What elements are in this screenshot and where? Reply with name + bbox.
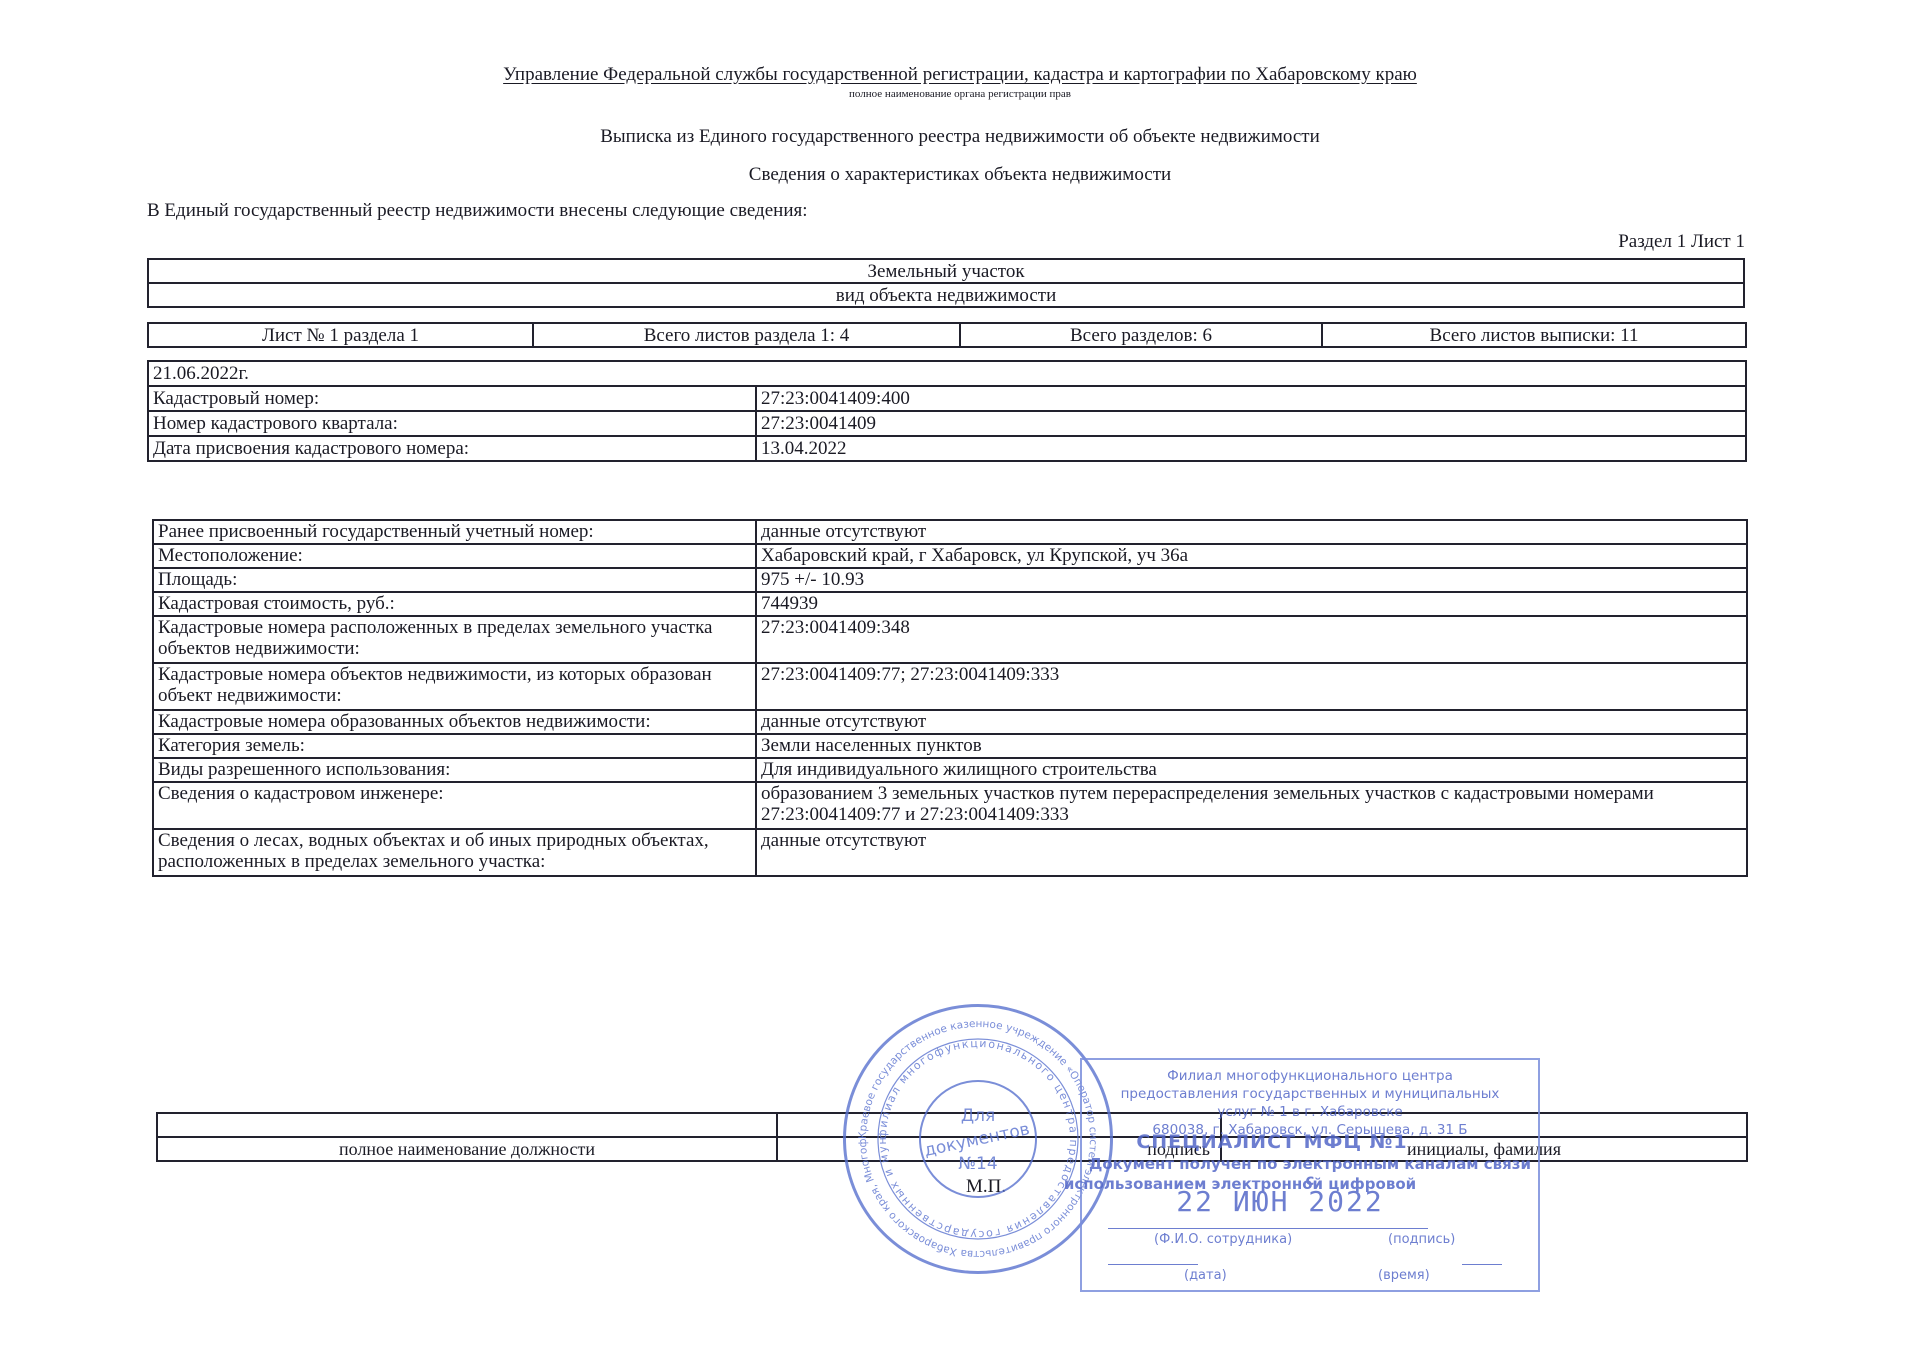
table-row: Ранее присвоенный государственный учетны… xyxy=(153,520,1747,544)
row-label: Кадастровая стоимость, руб.: xyxy=(153,592,756,616)
object-kind-table: Земельный участок вид объекта недвижимос… xyxy=(147,258,1745,308)
position-caption: полное наименование должности xyxy=(157,1137,777,1161)
stamp-line-2: предоставления государственных и муницип… xyxy=(1082,1086,1538,1102)
row-value: 27:23:0041409:77; 27:23:0041409:333 xyxy=(756,663,1747,710)
table-row: Кадастровые номера образованных объектов… xyxy=(153,710,1747,734)
row-value: 975 +/- 10.93 xyxy=(756,568,1747,592)
row-value: Для индивидуального жилищного строительс… xyxy=(756,758,1747,782)
table-row: Кадастровая стоимость, руб.: 744939 xyxy=(153,592,1747,616)
seal-place-caption: М.П. xyxy=(966,1176,1006,1198)
sheets-info-table: Лист № 1 раздела 1 Всего листов раздела … xyxy=(147,322,1747,348)
row-value: 27:23:0041409:348 xyxy=(756,616,1747,663)
row-label: Категория земель: xyxy=(153,734,756,758)
stamp-caption-fio: (Ф.И.О. сотрудника) xyxy=(1154,1232,1292,1247)
table-row: Номер кадастрового квартала: 27:23:00414… xyxy=(148,411,1746,436)
table-row: Кадастровые номера объектов недвижимости… xyxy=(153,663,1747,710)
section-sheets-total: Всего листов раздела 1: 4 xyxy=(533,323,960,347)
sections-total: Всего разделов: 6 xyxy=(960,323,1322,347)
time-underline xyxy=(1462,1264,1502,1265)
object-kind-value: Земельный участок xyxy=(148,259,1744,283)
table-row: Дата присвоения кадастрового номера: 13.… xyxy=(148,436,1746,461)
stamp-date: 22 ИЮН 2022 xyxy=(1052,1194,1508,1210)
extract-date: 21.06.2022г. xyxy=(148,361,1746,386)
row-value: данные отсутствуют xyxy=(756,520,1747,544)
document-title: Выписка из Единого государственного реес… xyxy=(380,126,1540,148)
object-kind-caption: вид объекта недвижимости xyxy=(148,283,1744,307)
table-row: Местоположение: Хабаровский край, г Хаба… xyxy=(153,544,1747,568)
stamp-caption-time: (время) xyxy=(1378,1268,1430,1283)
cadastral-number: 27:23:0041409:400 xyxy=(756,386,1746,411)
mfc-rectangular-stamp: Филиал многофункционального центра предо… xyxy=(1080,1058,1540,1292)
cadastral-quarter: 27:23:0041409 xyxy=(756,411,1746,436)
row-label: Площадь: xyxy=(153,568,756,592)
table-row: Виды разрешенного использования: Для инд… xyxy=(153,758,1747,782)
table-row: Сведения о лесах, водных объектах и об и… xyxy=(153,829,1747,876)
row-value: данные отсутствуют xyxy=(756,829,1747,876)
table-row: Площадь: 975 +/- 10.93 xyxy=(153,568,1747,592)
main-identifiers-table: 21.06.2022г. Кадастровый номер: 27:23:00… xyxy=(147,360,1747,462)
stamp-caption-sign: (подпись) xyxy=(1388,1232,1455,1247)
row-label: Сведения о лесах, водных объектах и об и… xyxy=(153,829,756,876)
row-label: Кадастровые номера образованных объектов… xyxy=(153,710,756,734)
characteristics-table: Ранее присвоенный государственный учетны… xyxy=(152,519,1748,877)
row-label: Ранее присвоенный государственный учетны… xyxy=(153,520,756,544)
position-field xyxy=(157,1113,777,1137)
extract-sheets-total: Всего листов выписки: 11 xyxy=(1322,323,1746,347)
document-subtitle: Сведения о характеристиках объекта недви… xyxy=(380,164,1540,186)
row-label: Сведения о кадастровом инженере: xyxy=(153,782,756,829)
row-label: Кадастровые номера объектов недвижимости… xyxy=(153,663,756,710)
table-row: Кадастровые номера расположенных в преде… xyxy=(153,616,1747,663)
row-label: Кадастровые номера расположенных в преде… xyxy=(153,616,756,663)
stamp-specialist: СПЕЦИАЛИСТ МФЦ №1 xyxy=(1122,1134,1422,1150)
row-label: Виды разрешенного использования: xyxy=(153,758,756,782)
section-sheet-label: Раздел 1 Лист 1 xyxy=(1618,231,1745,253)
row-value: образованием 3 земельных участков путем … xyxy=(756,782,1747,829)
registration-authority-caption: полное наименование органа регистрации п… xyxy=(380,88,1540,100)
intro-text: В Единый государственный реестр недвижим… xyxy=(147,200,808,222)
row-label: Кадастровый номер: xyxy=(148,386,756,411)
stamp-caption-date: (дата) xyxy=(1184,1268,1227,1283)
row-value: данные отсутствуют xyxy=(756,710,1747,734)
table-row: Кадастровый номер: 27:23:0041409:400 xyxy=(148,386,1746,411)
sheet-number: Лист № 1 раздела 1 xyxy=(148,323,533,347)
fio-underline xyxy=(1108,1228,1428,1229)
table-row: Сведения о кадастровом инженере: образов… xyxy=(153,782,1747,829)
table-row: Категория земель: Земли населенных пункт… xyxy=(153,734,1747,758)
row-value: Хабаровский край, г Хабаровск, ул Крупск… xyxy=(756,544,1747,568)
row-value: Земли населенных пунктов xyxy=(756,734,1747,758)
assignment-date: 13.04.2022 xyxy=(756,436,1746,461)
row-label: Номер кадастрового квартала: xyxy=(148,411,756,436)
date-underline xyxy=(1108,1264,1198,1265)
row-value: 744939 xyxy=(756,592,1747,616)
stamp-line-1: Филиал многофункционального центра xyxy=(1082,1068,1538,1084)
stamp-line-3: услуг № 1 в г. Хабаровске xyxy=(1082,1104,1538,1120)
row-label: Дата присвоения кадастрового номера: xyxy=(148,436,756,461)
registration-authority-name: Управление Федеральной службы государств… xyxy=(380,64,1540,86)
row-label: Местоположение: xyxy=(153,544,756,568)
